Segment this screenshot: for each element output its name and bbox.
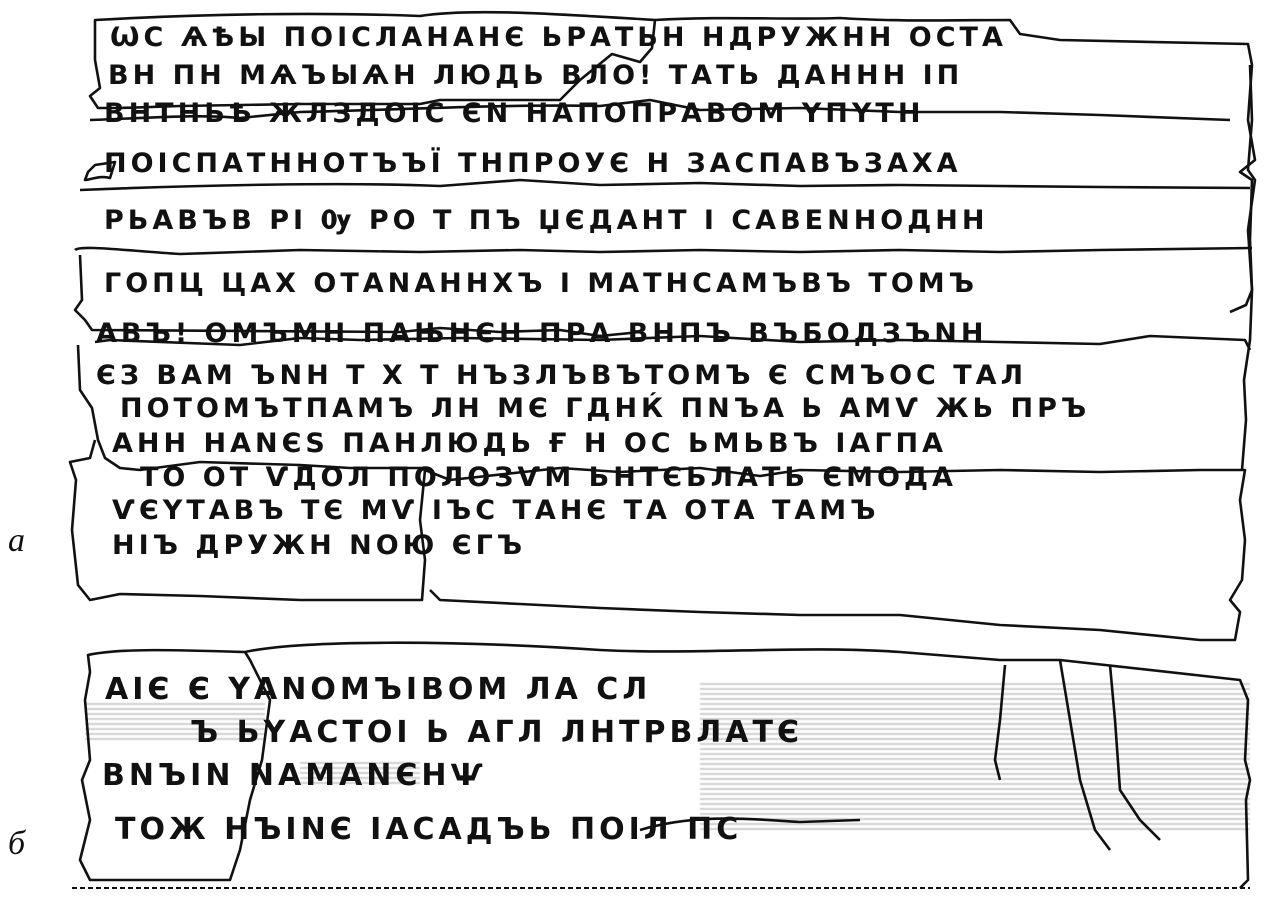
- fragment-b-line: ТОЖ НЪⅠNЄ ⅠАⅭАДЪЬ ПОⅠЛ ПⅭ: [115, 812, 742, 847]
- fragment-a-line: НⅠЪ ДРУЖН NОЮ ЄГЪ: [112, 530, 526, 561]
- fragment-a-line: ВН ПН МѦЪЫѦН ЛЮДЬ ВЛО! ТАТЬ ДАННН ⅠП: [108, 60, 963, 91]
- fragment-a-line: ВНТНЬѢ ЖЛЗДОⅠⅭ ЄN НАПОПРАВОМ ҮПҮТН: [104, 98, 924, 129]
- fragment-a-line: ѴЄҮТАВЪ ТЄ МѴ ⅠЪⅭ ТАНЄ ТА ОТА ТАМЪ: [112, 495, 880, 526]
- fragment-a-line: ТО ОТ ѴДОЛ ПОЛОЗѴМ ЬНТЄЬЛАТЬ ЄМОДА: [140, 462, 957, 493]
- fragment-b-stain-3: [700, 680, 1250, 830]
- fragment-b-line: АⅠЄ Є ҮАNОМЪⅠВОМ ЛА ⅭЛ: [105, 672, 651, 707]
- fragment-b-label: б: [8, 825, 25, 863]
- fragment-a-label: а: [8, 522, 25, 560]
- fragment-a-line: ПОТОМЪТПАМЪ ЛН МЄ ГДНЌ ПNЪА Ь АМѴ ЖЬ ПРЪ: [120, 393, 1090, 424]
- fragment-a-line: ГОПЦ ЦАХ ОТАNАННХЪ Ⅰ МАТНⅭАМЪВЪ ТОМЪ: [104, 268, 978, 299]
- fragment-a-piece-5: [80, 180, 1250, 190]
- fragment-a-line: ЄЗ ВАМ ЪNН Т Х Т НЪЗЛЪВЪТОМЪ Є ⅭМЪОⅭ ТАЛ: [96, 360, 1027, 391]
- fragment-b-line: ВNЪⅠN NАМАNЄНѰ: [102, 758, 487, 793]
- fragment-a-line: ѠⅭ ѦѢЫ ПОⅠⅭЛАНАНЄ ЬРАТЬН НДРУЖНН ОⅭТА: [110, 22, 1007, 53]
- fragment-a-line: ПОⅠⅭПАТННОТЪЪЇ ТНПРОУЄ Н ЗАⅭПАВЪЗАХА: [104, 148, 962, 179]
- fragment-a-piece-6: [75, 248, 1252, 254]
- fragment-a-line: РЬАВЪВ РⅠ Ѹ РО Т ПЪ ЏЄДАНТ Ⅰ ⅭАВЕNНОДНН: [104, 205, 989, 236]
- fragment-a-line: АВЪ! ОМЪМН ПАЊНЄН ПРА ВНПЪ ВЪБОДЗЪNН: [96, 318, 988, 349]
- fragment-b-line: Ъ ЬҮАⅭТОⅠ Ь АГЛ ЛНТРВЛАТЄ: [190, 715, 803, 750]
- fragment-a-line: АНН НАNЄЅ ПАНЛЮДЬ Ғ Н ОⅭ ЬМЬВЪ ⅠАГПА: [112, 428, 947, 459]
- fragment-a-piece-10: [425, 468, 1245, 640]
